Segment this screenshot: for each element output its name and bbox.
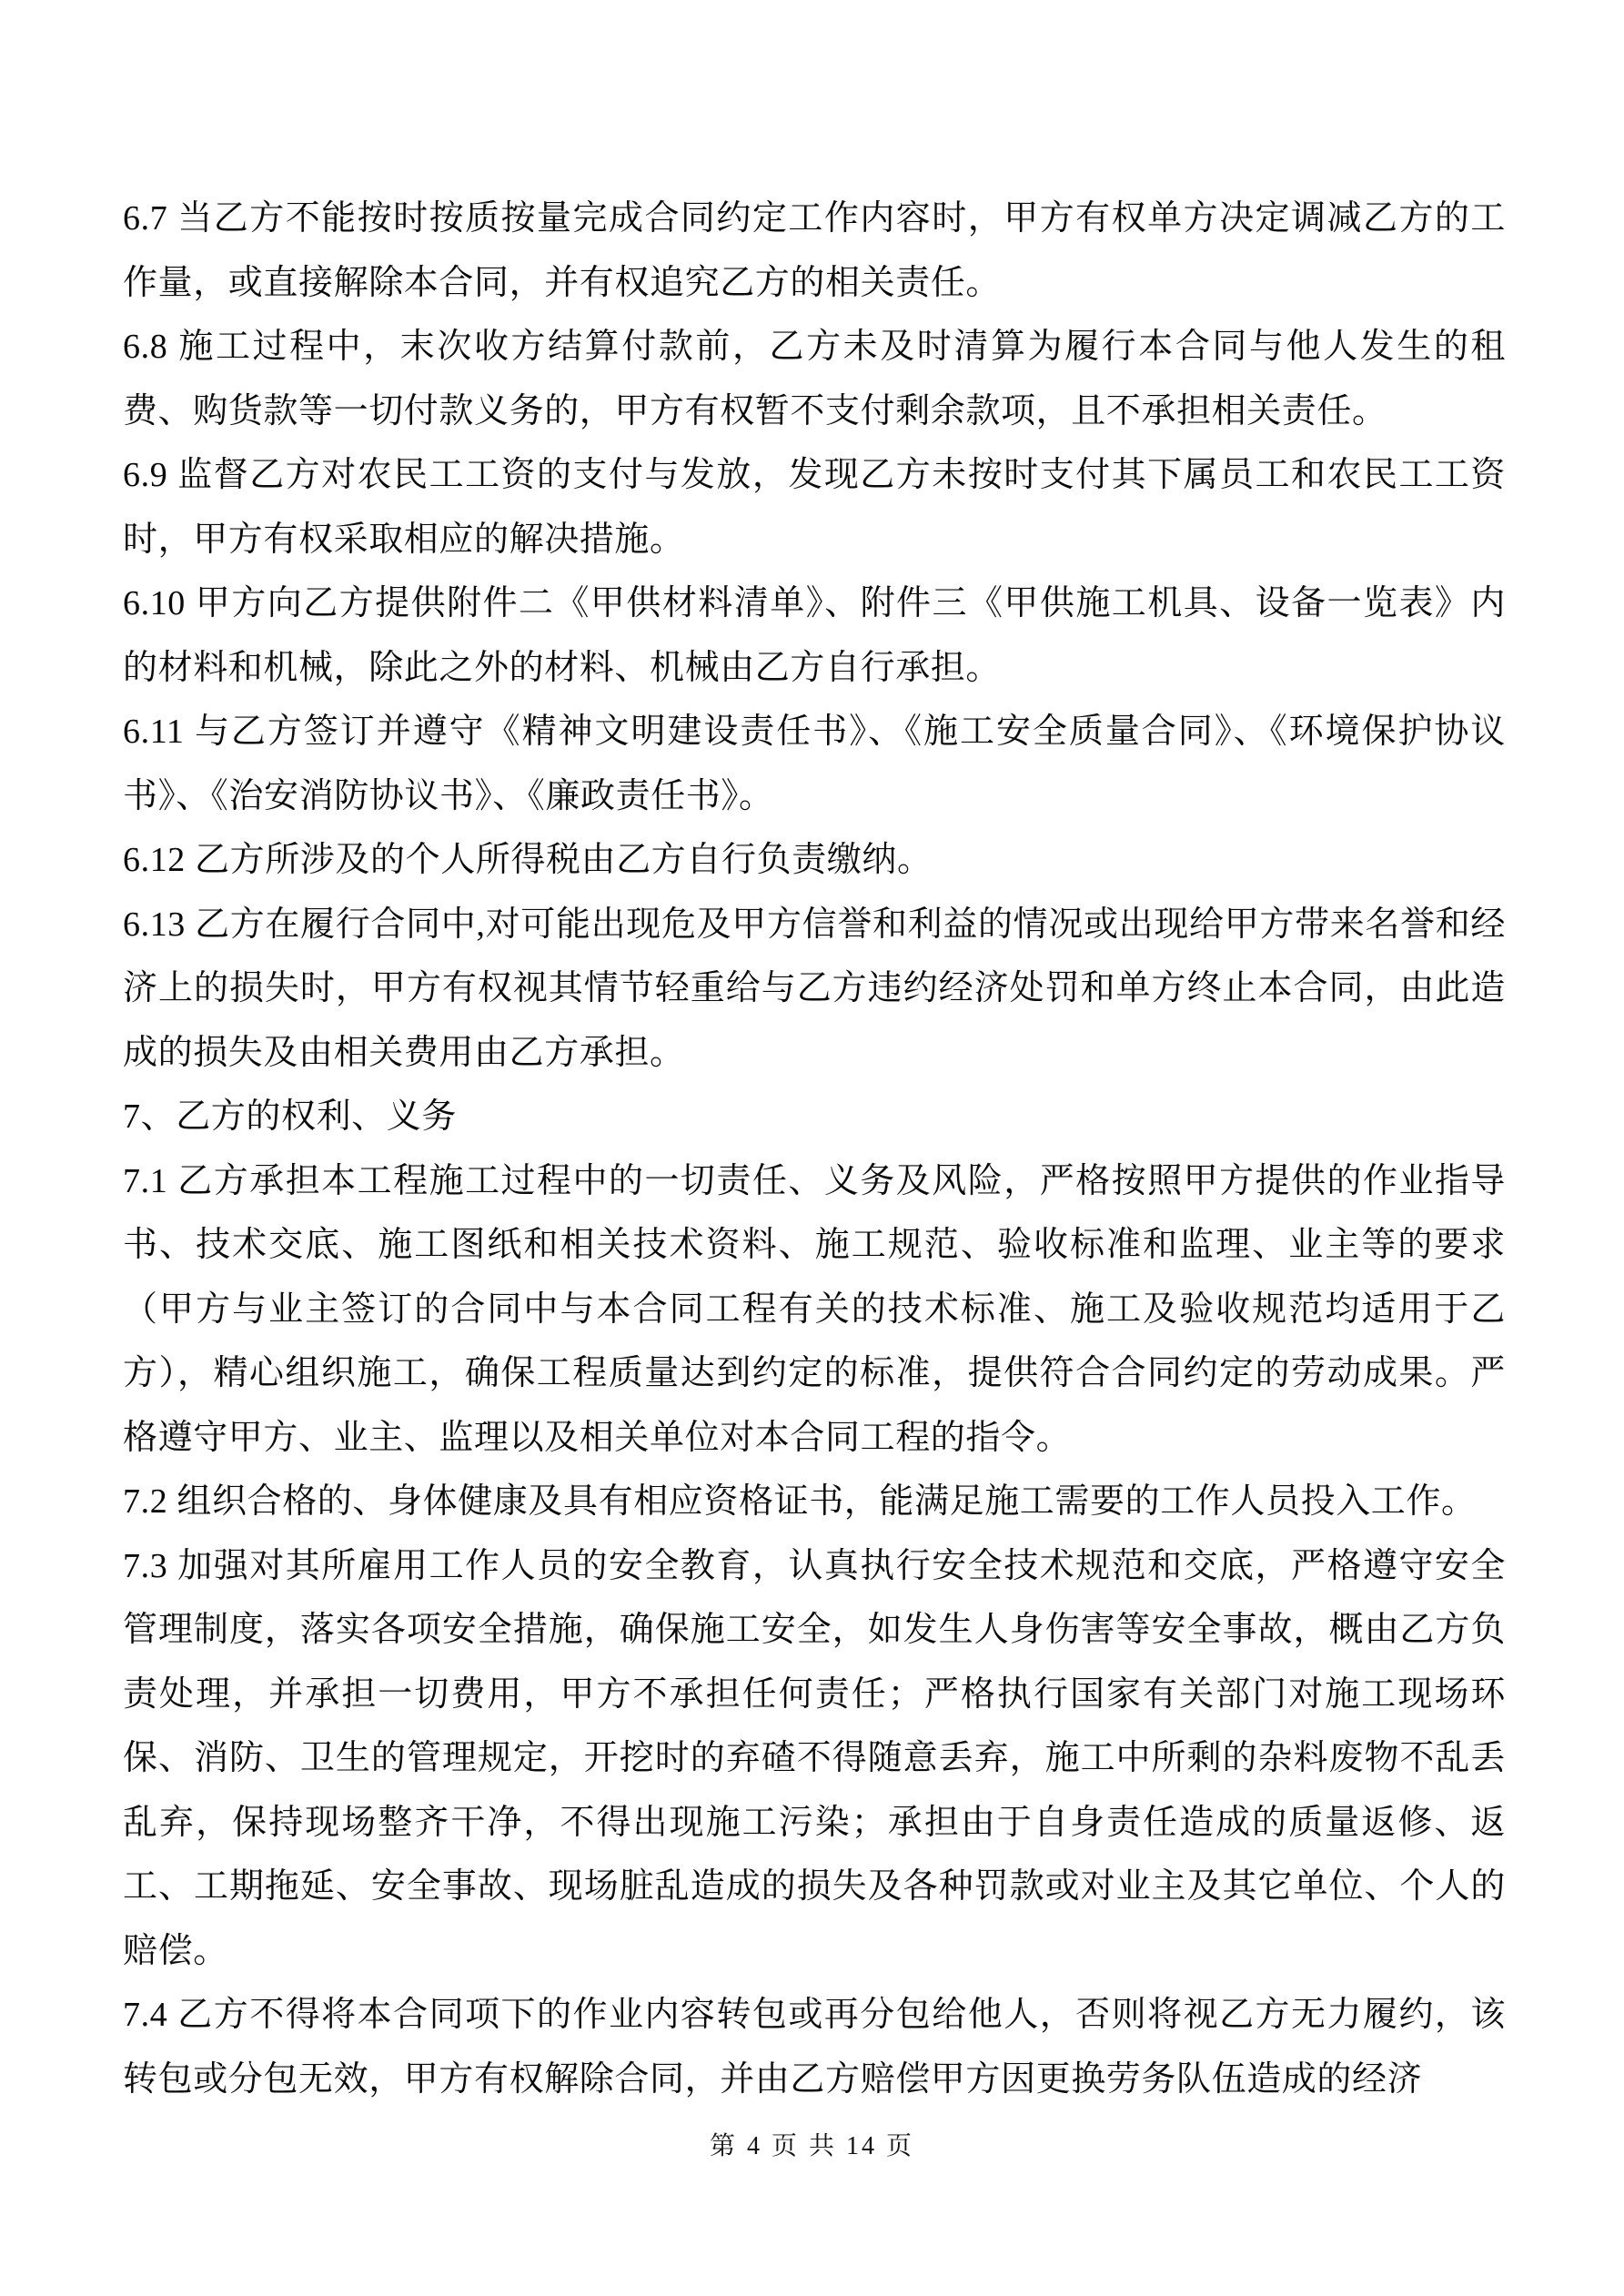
page-footer: 第 4 页 共 14 页 xyxy=(0,2126,1624,2162)
contract-paragraph-6.7: 6.7 当乙方不能按时按质按量完成合同约定工作内容时，甲方有权单方决定调减乙方的… xyxy=(123,187,1506,315)
contract-paragraph-7.1: 7.1 乙方承担本工程施工过程中的一切责任、义务及风险，严格按照甲方提供的作业指… xyxy=(123,1149,1506,1471)
contract-paragraph-7: 7、乙方的权利、义务 xyxy=(123,1085,1506,1149)
contract-paragraph-7.2: 7.2 组织合格的、身体健康及具有相应资格证书，能满足施工需要的工作人员投入工作… xyxy=(123,1470,1506,1534)
contract-paragraph-7.4: 7.4 乙方不得将本合同项下的作业内容转包或再分包给他人，否则将视乙方无力履约，… xyxy=(123,1983,1506,2111)
contract-paragraph-6.10: 6.10 甲方向乙方提供附件二《甲供材料清单》、附件三《甲供施工机具、设备一览表… xyxy=(123,571,1506,700)
contract-paragraph-6.12: 6.12 乙方所涉及的个人所得税由乙方自行负责缴纳。 xyxy=(123,828,1506,893)
contract-paragraph-6.9: 6.9 监督乙方对农民工工资的支付与发放，发现乙方未按时支付其下属员工和农民工工… xyxy=(123,443,1506,571)
contract-paragraph-6.11: 6.11 与乙方签订并遵守《精神文明建设责任书》、《施工安全质量合同》、《环境保… xyxy=(123,700,1506,828)
document-page: 6.7 当乙方不能按时按质按量完成合同约定工作内容时，甲方有权单方决定调减乙方的… xyxy=(0,0,1624,2296)
contract-paragraph-6.8: 6.8 施工过程中，末次收方结算付款前，乙方未及时清算为履行本合同与他人发生的租… xyxy=(123,315,1506,443)
contract-paragraph-6.13: 6.13 乙方在履行合同中,对可能出现危及甲方信誉和利益的情况或出现给甲方带来名… xyxy=(123,893,1506,1086)
contract-paragraph-7.3: 7.3 加强对其所雇用工作人员的安全教育，认真执行安全技术规范和交底，严格遵守安… xyxy=(123,1534,1506,1984)
contract-body: 6.7 当乙方不能按时按质按量完成合同约定工作内容时，甲方有权单方决定调减乙方的… xyxy=(123,187,1506,2111)
